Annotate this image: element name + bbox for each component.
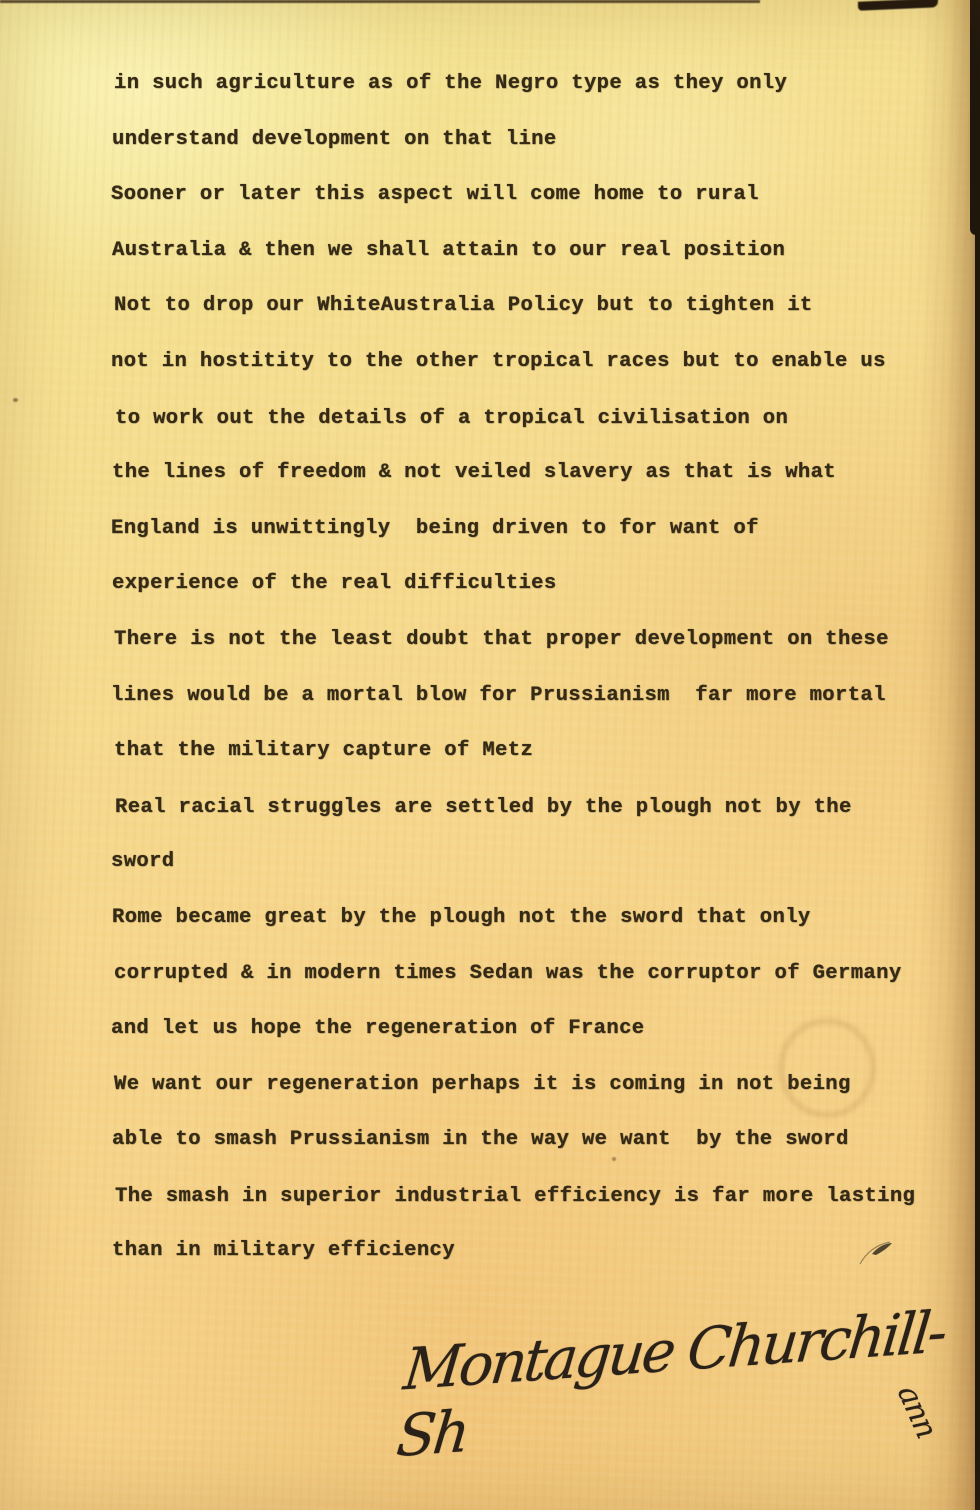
pen-mark bbox=[856, 1234, 900, 1268]
typed-line: England is unwittingly being driven to f… bbox=[111, 501, 951, 557]
typed-line: There is not the least doubt that proper… bbox=[114, 612, 954, 668]
typed-line: The smash in superior industrial efficie… bbox=[115, 1169, 955, 1225]
typed-line: Australia & then we shall attain to our … bbox=[112, 223, 952, 279]
signature-main: Montague Churchill-Sh bbox=[394, 1298, 967, 1470]
scan-edge-top bbox=[0, 0, 760, 3]
scanned-document-page: in such agriculture as of the Negro type… bbox=[0, 0, 980, 1510]
typed-line: to work out the details of a tropical ci… bbox=[115, 391, 955, 447]
paper-speck bbox=[13, 398, 18, 402]
typed-line: experience of the real difficulties bbox=[112, 556, 952, 612]
typed-line: not in hostitity to the other tropical r… bbox=[111, 334, 951, 390]
typed-line: sword bbox=[111, 834, 951, 890]
typed-line: in such agriculture as of the Negro type… bbox=[114, 56, 954, 112]
typed-line: the lines of freedom & not veiled slaver… bbox=[112, 445, 952, 501]
typed-line: Not to drop our WhiteAustralia Policy bu… bbox=[114, 278, 954, 334]
typed-line: than in military efficiency bbox=[112, 1223, 952, 1279]
typed-line: corrupted & in modern times Sedan was th… bbox=[114, 946, 954, 1002]
scan-corner-top-right bbox=[858, 0, 938, 11]
paper-speck bbox=[612, 1157, 616, 1161]
typed-line: able to smash Prussianism in the way we … bbox=[112, 1112, 952, 1168]
typed-line: Sooner or later this aspect will come ho… bbox=[111, 167, 951, 223]
typed-line: that the military capture of Metz bbox=[114, 723, 954, 779]
typed-line: Real racial struggles are settled by the… bbox=[115, 780, 955, 836]
typed-line: Rome became great by the plough not the … bbox=[112, 890, 952, 946]
signature-tail: ann bbox=[890, 1380, 944, 1443]
typed-line: understand development on that line bbox=[112, 112, 952, 168]
scan-edge-right bbox=[975, 0, 980, 1510]
signature: Montague Churchill-Sh ann bbox=[400, 1318, 960, 1478]
stain-ring bbox=[778, 1018, 876, 1118]
typed-line: lines would be a mortal blow for Prussia… bbox=[111, 668, 951, 724]
